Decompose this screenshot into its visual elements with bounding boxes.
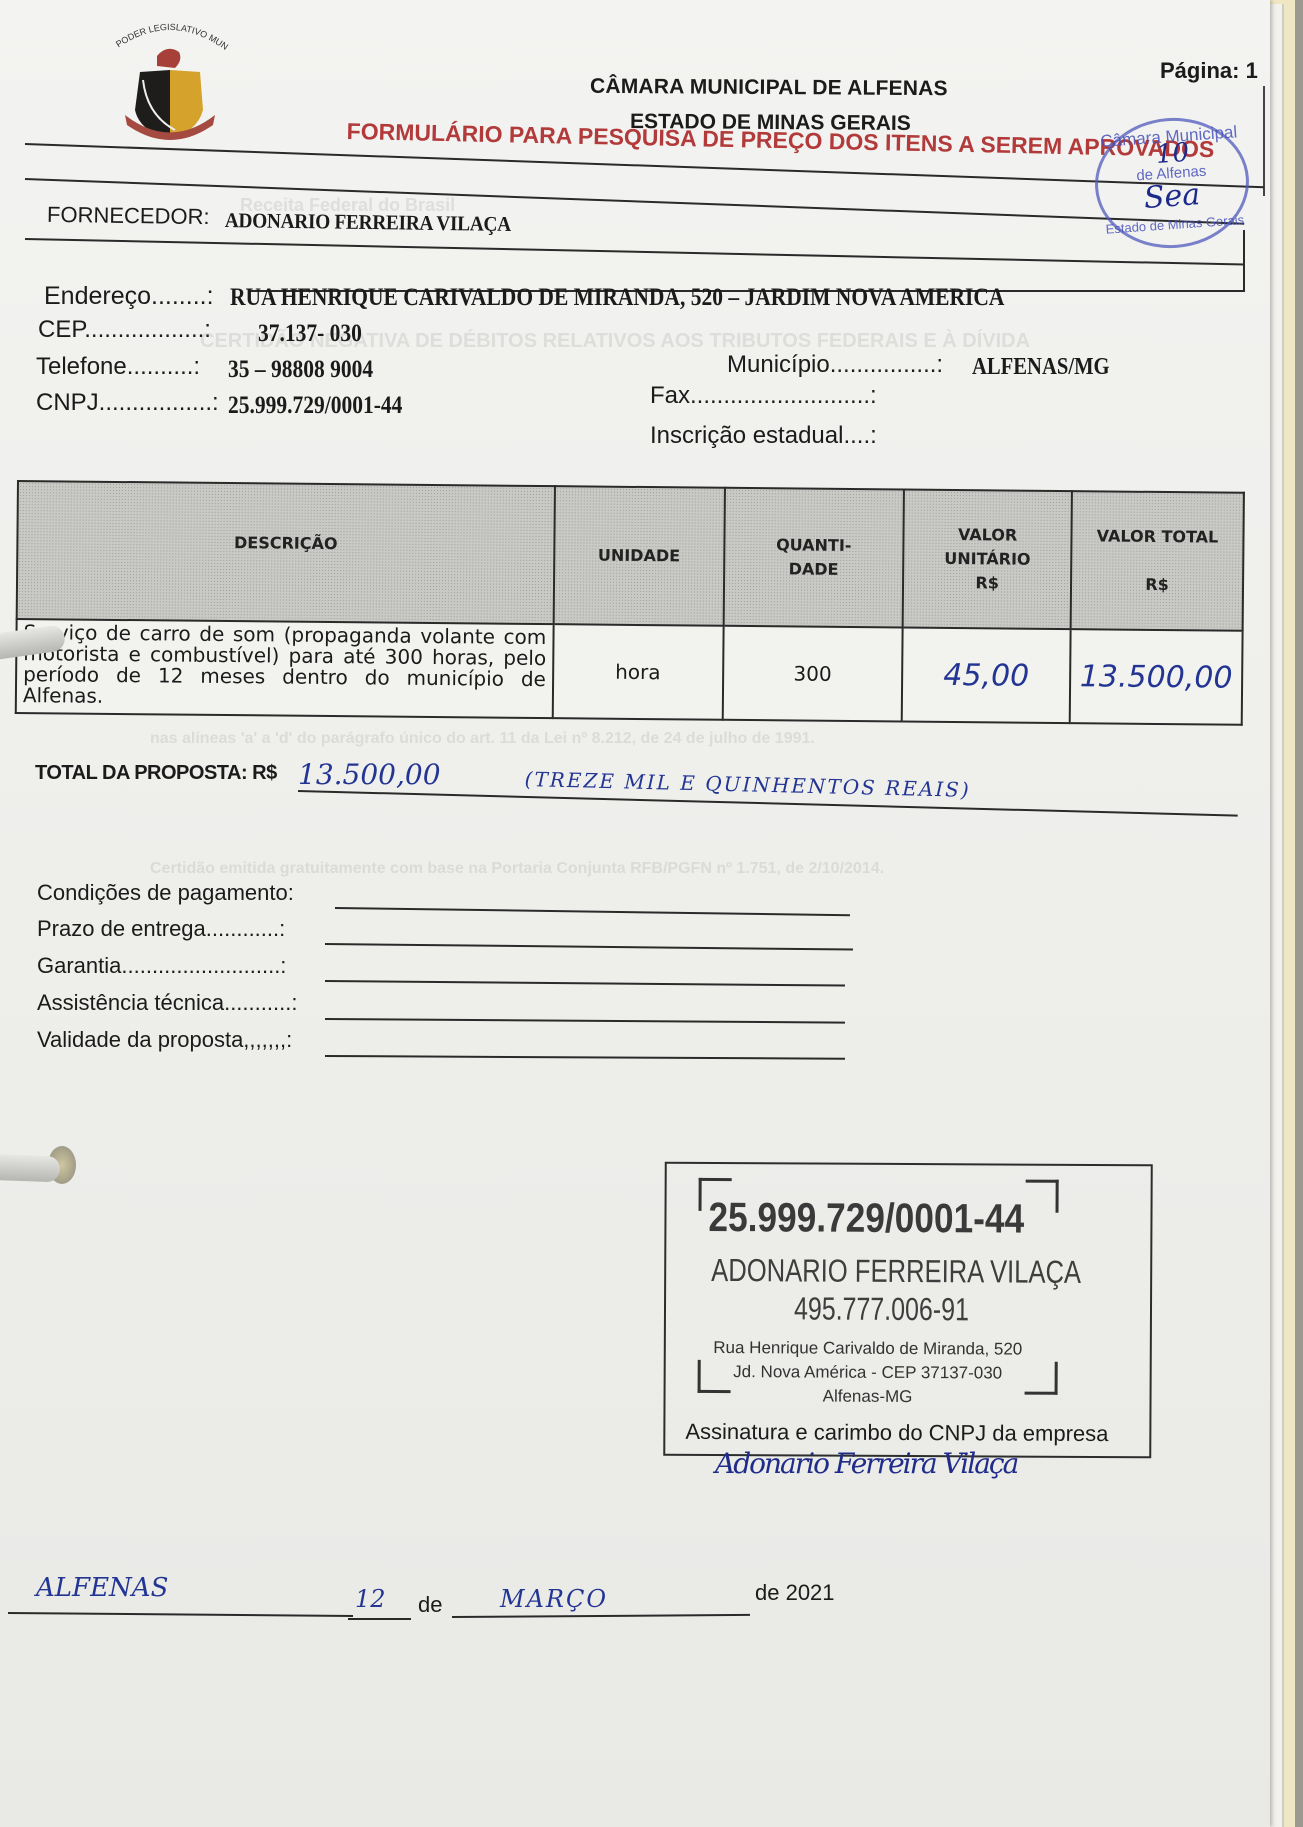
stamp-company-name: ADONARIO FERREIRA VILAÇA bbox=[711, 1252, 1081, 1291]
technical-support-field bbox=[325, 1018, 845, 1024]
address-value: RUA HENRIQUE CARIVALDO DE MIRANDA, 520 –… bbox=[230, 284, 1004, 312]
month-underline bbox=[452, 1614, 750, 1618]
header-valor-unitario: VALORUNITÁRIOR$ bbox=[903, 490, 1072, 630]
phone-value: 35 – 98808 9004 bbox=[228, 356, 373, 384]
bleed-through-text: Certidão emitida gratuitamente com base … bbox=[150, 860, 884, 878]
cell-descricao: Serviço de carro de som (propaganda vola… bbox=[16, 619, 554, 718]
stamp-handwritten-number: 10 bbox=[1155, 138, 1190, 170]
phone-label: Telefone..........: bbox=[36, 353, 200, 381]
signature-caption: Assinatura e carimbo do CNPJ da empresa bbox=[685, 1419, 1108, 1447]
stamp-cpf: 495.777.006-91 bbox=[794, 1290, 969, 1328]
bleed-through-text: nas alíneas 'a' a 'd' do parágrafo único… bbox=[150, 730, 815, 748]
table-header-row: DESCRIÇÃO UNIDADE QUANTI-DADE VALORUNITÁ… bbox=[17, 481, 1244, 631]
svg-text:PODER LEGISLATIVO MUNICIPAL: PODER LEGISLATIVO MUNICIPAL bbox=[105, 20, 230, 52]
header-descricao: DESCRIÇÃO bbox=[17, 481, 555, 624]
date-city: ALFENAS bbox=[36, 1573, 168, 1603]
cnpj-value: 25.999.729/0001-44 bbox=[228, 392, 402, 420]
company-stamp-box: 25.999.729/0001-44 ADONARIO FERREIRA VIL… bbox=[663, 1162, 1153, 1459]
institution-name: CÂMARA MUNICIPAL DE ALFENAS bbox=[590, 75, 948, 101]
supplier-label: FORNECEDOR: bbox=[47, 202, 210, 230]
delivery-time-label: Prazo de entrega............: bbox=[37, 916, 285, 942]
stamp-address-line: Jd. Nova América - CEP 37137-030 bbox=[626, 1362, 1110, 1385]
supplier-rule bbox=[25, 238, 1245, 266]
stamp-address-line: Rua Henrique Carivaldo de Miranda, 520 bbox=[626, 1338, 1110, 1361]
table-row: Serviço de carro de som (propaganda vola… bbox=[16, 619, 1243, 725]
date-day: 12 bbox=[355, 1585, 386, 1613]
items-table: DESCRIÇÃO UNIDADE QUANTI-DADE VALORUNITÁ… bbox=[15, 480, 1245, 726]
official-stamp: Câmara Municipal de Alfenas Estado de Mi… bbox=[1091, 113, 1254, 253]
municipio-label: Município................: bbox=[727, 351, 943, 379]
cell-quantidade: 300 bbox=[722, 626, 903, 722]
header-valor-total: VALOR TOTALR$ bbox=[1071, 491, 1244, 631]
date-de: de bbox=[418, 1592, 442, 1618]
cell-valor-total: 13.500,00 bbox=[1070, 629, 1243, 725]
payment-terms-label: Condições de pagamento: bbox=[37, 880, 294, 906]
stamp-cnpj: 25.999.729/0001-44 bbox=[708, 1194, 1024, 1243]
supplier-box-border bbox=[1243, 230, 1245, 292]
supplier-name: ADONARIO FERREIRA VILAÇA bbox=[225, 208, 511, 237]
document-page: Receita Federal do Brasil CERTIDÃO NEGAT… bbox=[0, 0, 1270, 1827]
day-underline bbox=[348, 1618, 411, 1620]
date-month: MARÇO bbox=[500, 1585, 608, 1613]
warranty-field bbox=[325, 980, 845, 987]
warranty-label: Garantia..........................: bbox=[37, 953, 286, 979]
total-value: 13.500,00 bbox=[298, 758, 441, 791]
stamp-handwritten-initials: Sea bbox=[1143, 177, 1202, 216]
proposal-validity-field bbox=[325, 1055, 845, 1060]
stamp-address-line: Alfenas-MG bbox=[625, 1386, 1109, 1409]
cell-valor-unitario: 45,00 bbox=[902, 628, 1071, 724]
header-unidade: UNIDADE bbox=[553, 486, 724, 626]
proposal-validity-label: Validade da proposta,,,,,,,: bbox=[37, 1027, 292, 1053]
cnpj-label: CNPJ.................: bbox=[36, 389, 219, 417]
cep-label: CEP..................: bbox=[38, 316, 211, 344]
municipio-value: ALFENAS/MG bbox=[972, 354, 1110, 381]
technical-support-label: Assistência técnica...........: bbox=[37, 990, 297, 1016]
date-year: de 2021 bbox=[755, 1580, 835, 1606]
binder-ring bbox=[0, 1154, 60, 1183]
payment-terms-field bbox=[335, 907, 850, 916]
handwritten-signature: Adonario Ferreira Vilaça bbox=[715, 1447, 1017, 1480]
page-number: Página: 1 bbox=[1160, 58, 1258, 84]
cell-unidade: hora bbox=[553, 624, 724, 720]
total-label: TOTAL DA PROPOSTA: R$ bbox=[35, 762, 277, 785]
total-in-words: (TREZE MIL E QUINHENTOS REAIS) bbox=[524, 767, 971, 802]
cep-value: 37.137- 030 bbox=[258, 320, 362, 348]
address-label: Endereço........: bbox=[44, 282, 214, 311]
city-underline bbox=[8, 1612, 353, 1617]
fax-label: Fax...........................: bbox=[650, 382, 877, 410]
stamp-corner bbox=[1026, 1180, 1059, 1213]
delivery-time-field bbox=[325, 943, 853, 951]
municipal-coat-of-arms-logo: PODER LEGISLATIVO MUNICIPAL bbox=[105, 20, 235, 145]
header-quantidade: QUANTI-DADE bbox=[723, 488, 904, 628]
stamp-ring-text: Estado de Minas Gerais bbox=[1101, 212, 1250, 237]
state-registration-label: Inscrição estadual....: bbox=[650, 422, 877, 450]
